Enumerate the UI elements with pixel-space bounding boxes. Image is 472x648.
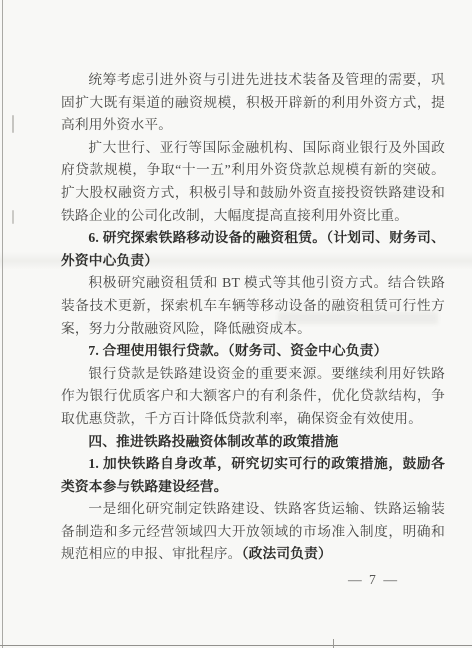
scan-bottom-edge-line xyxy=(0,645,472,646)
para-bank-loans-detail: 银行贷款是铁路建设资金的重要来源。要继续利用好铁路作为银行优质客户和大额客户的有… xyxy=(61,363,445,431)
responsible-department-label: （政法司负责） xyxy=(242,546,332,561)
page-number: — 7 — xyxy=(61,569,445,592)
item-7-bank-loans-title: 7. 合理使用银行贷款。（财务司、资金中心负责） xyxy=(61,340,445,363)
scan-artifact-mark xyxy=(12,115,14,133)
para-foreign-capital-overview: 统筹考虑引进外资与引进先进技术装备及管理的需要，巩固扩大既有渠道的融资规模，积极… xyxy=(61,69,445,137)
scan-left-edge-line xyxy=(2,0,3,648)
scanned-document-page: 统筹考虑引进外资与引进先进技术装备及管理的需要，巩固扩大既有渠道的融资规模，积极… xyxy=(0,0,472,648)
section-4-heading: 四、推进铁路投融资体制改革的政策措施 xyxy=(61,431,445,454)
para-market-access-rules: 一是细化研究制定铁路建设、铁路客货运输、铁路运输装备制造和多元经营领域四大开放领… xyxy=(61,498,445,566)
item-1-railway-reform-title: 1. 加快铁路自身改革，研究切实可行的政策措施，鼓励各类资本参与铁路建设经营。 xyxy=(61,453,445,498)
scan-bottom-tick-mark xyxy=(333,639,334,648)
item-6-financing-lease-title: 6. 研究探索铁路移动设备的融资租赁。（计划司、财务司、外资中心负责） xyxy=(61,227,445,272)
para-expand-foreign-loans: 扩大世行、亚行等国际金融机构、国际商业银行及外国政府贷款规模，争取“十一五”利用… xyxy=(61,137,445,227)
document-body-text: 统筹考虑引进外资与引进先进技术装备及管理的需要，巩固扩大既有渠道的融资规模，积极… xyxy=(61,69,445,592)
para-leasing-bt-mode: 积极研究融资租赁和 BT 模式等其他引资方式。结合铁路装备技术更新，探索机车车辆… xyxy=(61,272,445,340)
scan-artifact-mark xyxy=(12,210,14,224)
